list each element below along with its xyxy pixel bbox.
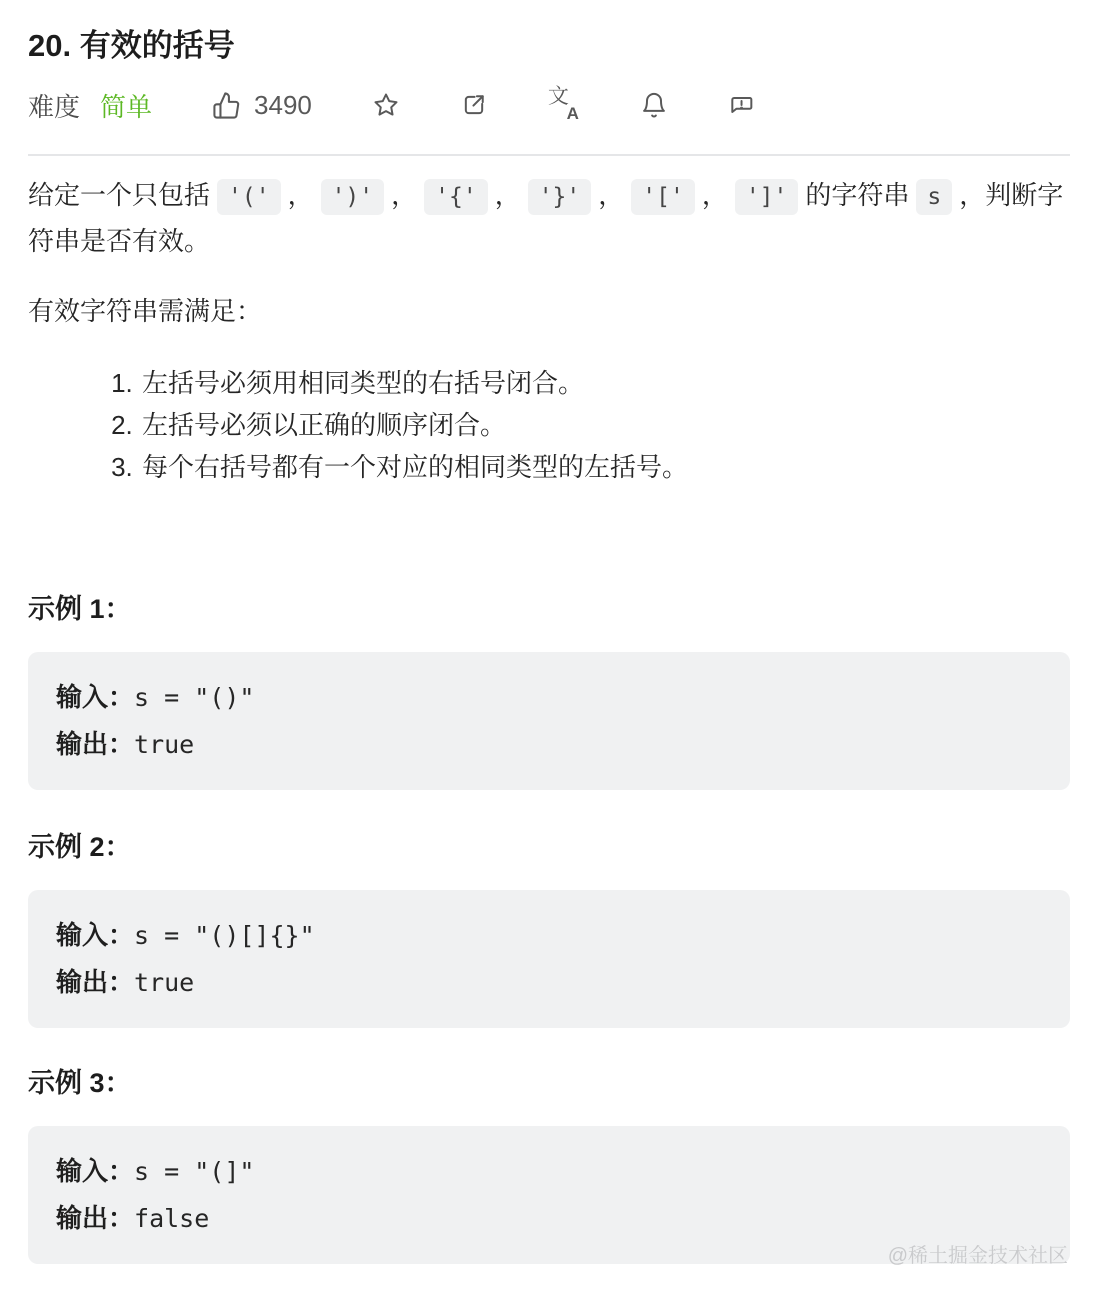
input-label: 输入： bbox=[56, 682, 134, 712]
inline-code-chip: '{' bbox=[424, 179, 488, 215]
code-line: 输出：false bbox=[56, 1195, 1042, 1242]
rules-intro: 有效字符串需满足： bbox=[28, 288, 1070, 334]
output-value: true bbox=[134, 968, 194, 997]
input-label: 输入： bbox=[56, 920, 134, 950]
code-line: 输出：true bbox=[56, 959, 1042, 1006]
like-button[interactable]: 3490 bbox=[212, 90, 312, 121]
problem-description: 给定一个只包括'('，')'，'{'，'}'，'['，']'的字符串s，判断字符… bbox=[28, 172, 1070, 264]
rule-item: 左括号必须以正确的顺序闭合。 bbox=[140, 404, 1070, 446]
code-line: 输出：true bbox=[56, 721, 1042, 768]
favorite-button[interactable] bbox=[372, 91, 400, 119]
rule-item: 左括号必须用相同类型的右括号闭合。 bbox=[140, 362, 1070, 404]
description-mid: 的字符串 bbox=[805, 180, 909, 210]
code-line: 输入：s = "()" bbox=[56, 674, 1042, 721]
code-line: 输入：s = "()[]{}" bbox=[56, 912, 1042, 959]
notification-button[interactable] bbox=[640, 91, 668, 119]
comma: ， bbox=[598, 180, 624, 210]
comma: ， bbox=[702, 180, 728, 210]
share-icon bbox=[460, 91, 488, 119]
input-label: 输入： bbox=[56, 1156, 134, 1186]
output-label: 输出： bbox=[56, 1203, 134, 1233]
star-icon bbox=[372, 91, 400, 119]
divider bbox=[28, 154, 1070, 156]
inline-code-chip: '}' bbox=[528, 179, 592, 215]
difficulty-badge: 简单 bbox=[100, 87, 152, 124]
bell-icon bbox=[640, 91, 668, 119]
example-1-title: 示例 1： bbox=[28, 592, 1070, 626]
difficulty-label: 难度 bbox=[28, 87, 80, 124]
inline-code-chip: '(' bbox=[217, 179, 281, 215]
example-2-title: 示例 2： bbox=[28, 830, 1070, 864]
example-1-code-block: 输入：s = "()" 输出：true bbox=[28, 652, 1070, 790]
inline-code-chip: '[' bbox=[631, 179, 695, 215]
code-line: 输入：s = "(]" bbox=[56, 1148, 1042, 1195]
rules-list: 左括号必须用相同类型的右括号闭合。 左括号必须以正确的顺序闭合。 每个右括号都有… bbox=[28, 362, 1070, 488]
output-label: 输出： bbox=[56, 967, 134, 997]
comma: ， bbox=[288, 180, 314, 210]
inline-code-chip: ']' bbox=[735, 179, 799, 215]
feedback-icon bbox=[728, 91, 756, 119]
thumbs-up-icon bbox=[212, 91, 241, 120]
description-prefix: 给定一个只包括 bbox=[28, 180, 210, 210]
example-2: 示例 2： 输入：s = "()[]{}" 输出：true bbox=[28, 830, 1070, 1028]
meta-bar: 难度 简单 3490 bbox=[28, 88, 1070, 122]
input-value: s = "()[]{}" bbox=[134, 921, 315, 950]
like-count: 3490 bbox=[254, 90, 312, 121]
output-value: true bbox=[134, 730, 194, 759]
output-value: false bbox=[134, 1204, 209, 1233]
example-3: 示例 3： 输入：s = "(]" 输出：false bbox=[28, 1066, 1070, 1264]
inline-code-chip-s: s bbox=[916, 179, 952, 215]
translate-button[interactable]: 文 A bbox=[548, 89, 580, 121]
problem-page: 20. 有效的括号 难度 简单 3490 bbox=[0, 28, 1098, 1294]
page-title: 20. 有效的括号 bbox=[28, 28, 1070, 64]
input-value: s = "()" bbox=[134, 683, 254, 712]
example-1: 示例 1： 输入：s = "()" 输出：true bbox=[28, 592, 1070, 790]
rule-item: 每个右括号都有一个对应的相同类型的左括号。 bbox=[140, 446, 1070, 488]
output-label: 输出： bbox=[56, 729, 134, 759]
translate-icon: 文 A bbox=[548, 89, 580, 121]
feedback-button[interactable] bbox=[728, 91, 756, 119]
example-2-code-block: 输入：s = "()[]{}" 输出：true bbox=[28, 890, 1070, 1028]
example-3-title: 示例 3： bbox=[28, 1066, 1070, 1100]
example-3-code-block: 输入：s = "(]" 输出：false bbox=[28, 1126, 1070, 1264]
comma: ， bbox=[495, 180, 521, 210]
share-button[interactable] bbox=[460, 91, 488, 119]
comma: ， bbox=[391, 180, 417, 210]
inline-code-chip: ')' bbox=[321, 179, 385, 215]
input-value: s = "(]" bbox=[134, 1157, 254, 1186]
